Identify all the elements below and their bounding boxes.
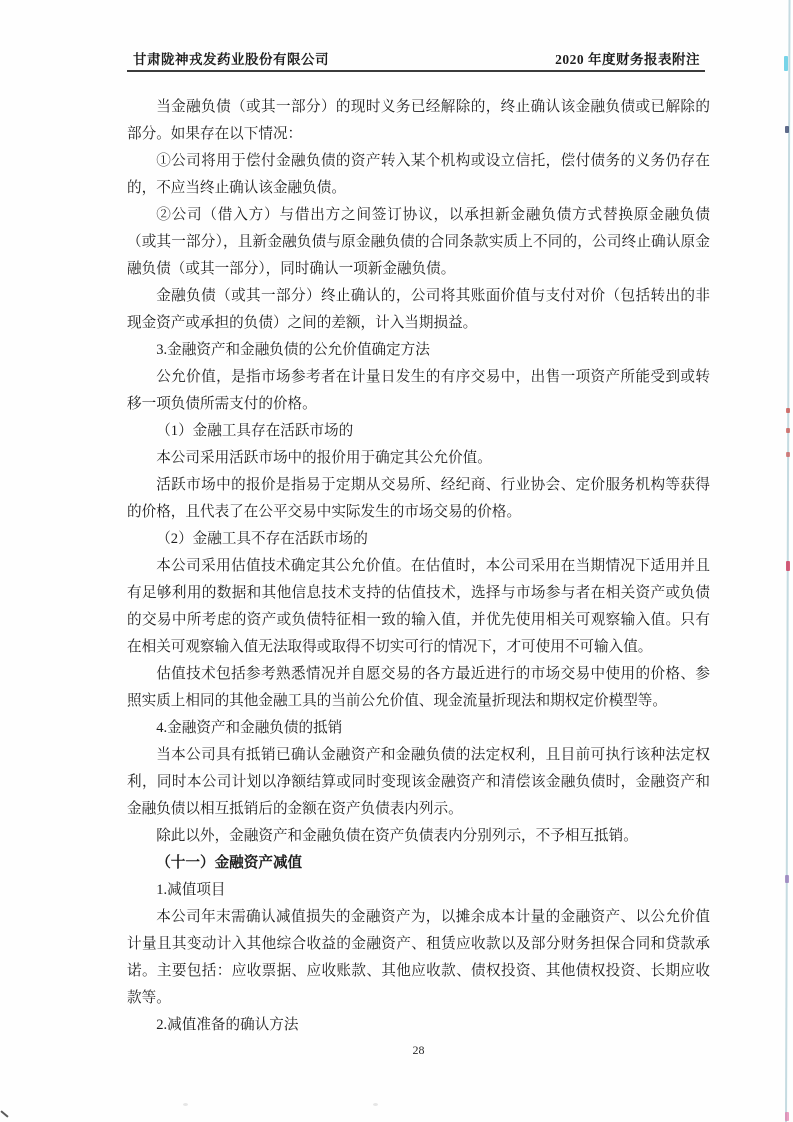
document-body: 当金融负债（或其一部分）的现时义务已经解除的，终止确认该金融负债或已解除的部分。… (127, 94, 710, 1039)
section-heading-bold: （十一）金融资产减值 (127, 850, 710, 877)
scan-speck (786, 452, 790, 457)
page-number: 28 (127, 1043, 710, 1057)
paragraph: 本公司采用估值技术确定其公允价值。在估值时，本公司采用在当期情况下适用并且有足够… (127, 553, 710, 661)
paragraph: ①公司将用于偿付金融负债的资产转入某个机构或设立信托，偿付债务的义务仍存在的，不… (127, 148, 710, 202)
scan-corner-mark (0, 1110, 8, 1117)
section-heading: （2）金融工具不存在活跃市场的 (127, 526, 710, 553)
scan-speck (786, 408, 790, 413)
paragraph: 本公司年末需确认减值损失的金融资产为，以摊余成本计量的金融资产、以公允价值计量且… (127, 904, 710, 1012)
paragraph: 除此以外，金融资产和金融负债在资产负债表内分别列示，不予相互抵销。 (127, 823, 710, 850)
scan-speck (786, 428, 790, 433)
scan-speck (785, 126, 789, 133)
scan-speck (785, 875, 789, 883)
section-heading: 3.金融资产和金融负债的公允价值确定方法 (127, 337, 710, 364)
document-page: 甘肃陇神戎发药业股份有限公司 2020 年度财务报表附注 当金融负债（或其一部分… (0, 0, 793, 1122)
paragraph: 本公司采用活跃市场中的报价用于确定其公允价值。 (127, 445, 710, 472)
paragraph: ②公司（借入方）与借出方之间签订协议，以承担新金融负债方式替换原金融负债（或其一… (127, 202, 710, 283)
header-rule (127, 70, 705, 72)
scan-speck (786, 561, 790, 571)
paragraph: 金融负债（或其一部分）终止确认的，公司将其账面价值与支付对价（包括转出的非现金资… (127, 283, 710, 337)
paragraph: 当金融负债（或其一部分）的现时义务已经解除的，终止确认该金融负债或已解除的部分。… (127, 94, 710, 148)
scan-speck (784, 56, 788, 71)
header-doc-title: 2020 年度财务报表附注 (555, 51, 700, 69)
header-company-name: 甘肃陇神戎发药业股份有限公司 (133, 51, 329, 69)
scan-smudge (373, 1103, 378, 1106)
section-heading: 2.减值准备的确认方法 (127, 1012, 710, 1039)
section-heading: 4.金融资产和金融负债的抵销 (127, 715, 710, 742)
section-heading: 1.减值项目 (127, 877, 710, 904)
paragraph: 估值技术包括参考熟悉情况并自愿交易的各方最近进行的市场交易中使用的价格、参照实质… (127, 661, 710, 715)
paragraph: 活跃市场中的报价是指易于定期从交易所、经纪商、行业协会、定价服务机构等获得的价格… (127, 472, 710, 526)
section-heading: （1）金融工具存在活跃市场的 (127, 418, 710, 445)
paragraph: 公允价值，是指市场参考者在计量日发生的有序交易中，出售一项资产所能受到或转移一项… (127, 364, 710, 418)
paragraph: 当本公司具有抵销已确认金融资产和金融负债的法定权利，且目前可执行该种法定权利，同… (127, 742, 710, 823)
scan-speck (785, 1112, 789, 1121)
scan-smudge (183, 1103, 188, 1106)
